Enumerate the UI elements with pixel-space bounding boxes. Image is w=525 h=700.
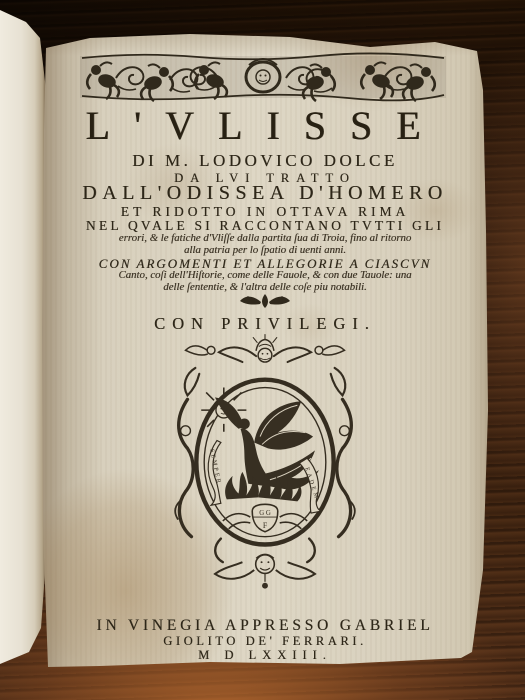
canto-line: Canto, coſi dell'Hiſtorie, come delle Fa… xyxy=(40,269,490,281)
initial-f: F xyxy=(263,521,268,530)
title-page: L'VLISSE DI M. LODOVICO DOLCE DA LVI TRA… xyxy=(40,30,490,675)
bottom-mask-icon xyxy=(215,554,315,588)
sententie-line: delle ſententie, & l'altra delle coſe pi… xyxy=(40,281,490,293)
imprint-place-line: IN VINEGIA APPRESSO GABRIEL xyxy=(40,617,490,635)
fleuron-icon xyxy=(238,292,292,310)
book-title: L'VLISSE xyxy=(40,102,490,149)
patria-line: alla patria per lo ſpatio di uenti anni. xyxy=(40,244,490,256)
privilege-line: CON PRIVILEGI. xyxy=(40,314,490,334)
putti-frieze-ornament xyxy=(78,50,448,104)
fleuron-ornament xyxy=(40,292,490,315)
printers-device: SEMPER EADEM G G F xyxy=(162,334,368,604)
initials-gg: G G xyxy=(259,510,271,517)
phoenix-device-icon: SEMPER EADEM G G F xyxy=(162,334,368,602)
photo-scene: L'VLISSE DI M. LODOVICO DOLCE DA LVI TRA… xyxy=(0,0,525,700)
putti-frieze-icon xyxy=(78,50,448,104)
errori-line: errori, & le fatiche d'Vliſſe dalla part… xyxy=(40,232,490,244)
author-line: DI M. LODOVICO DOLCE xyxy=(40,151,490,171)
odissea-line: DALL'ODISSEA D'HOMERO xyxy=(40,182,490,205)
imprint-printer-line: GIOLITO DE' FERRARI. xyxy=(40,634,490,649)
facing-page-edge xyxy=(0,0,48,700)
phoenix-icon xyxy=(215,397,319,489)
